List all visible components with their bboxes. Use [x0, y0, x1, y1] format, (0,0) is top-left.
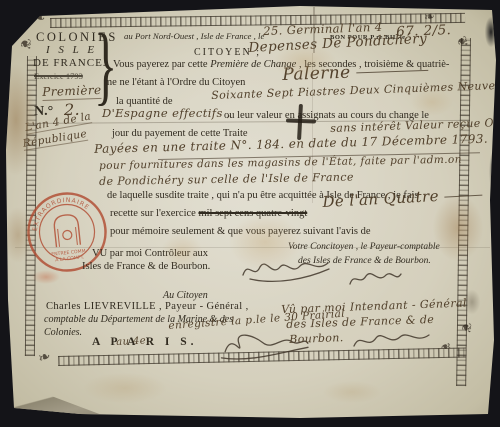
- corner-flourish-icon: ❦: [16, 37, 33, 50]
- payee-name-text: Palerne: [282, 63, 351, 85]
- body-jour: jour du payement de cette Traite: [112, 128, 248, 139]
- body-recette-struck: mil sept cens quatre-vingt: [198, 208, 307, 219]
- payeur-signature: [348, 268, 404, 290]
- body-pondichery-hand: de Pondichéry sur celle de l'Isle de Fra…: [99, 171, 354, 188]
- controller-line1: VU par moi Contrôleur aux: [92, 248, 208, 259]
- intendant-line1: Vû par moi Intendant - Général: [281, 297, 467, 316]
- flourish-dash: [357, 70, 429, 74]
- corner-flourish-icon: ❦: [457, 321, 474, 334]
- body-fournitures-hand: pour fournitures dans les magasins de l'…: [99, 154, 462, 172]
- intendant-signature: [352, 328, 432, 354]
- body-ordre: me ne l'étant à l'Ordre du Citoyen: [104, 77, 245, 88]
- header-isle: I S L E: [46, 44, 97, 56]
- payeur-line1: Votre Concitoyen , le Payeur-comptable: [288, 242, 440, 252]
- body-recette-seg: recette sur l'exercice: [110, 208, 198, 219]
- au-citoyen: Au Citoyen: [163, 290, 208, 301]
- stamp-arc-text: EXTRAORDINAIRE: [29, 194, 93, 232]
- payeur-line2: des Isles de France & de Bourbon.: [298, 256, 431, 266]
- header-exercice-struck: Exercice 1793: [34, 71, 83, 81]
- body-memoire: pour mémoire seulement & que vous payere…: [110, 226, 371, 237]
- registration-line2: au 4e.: [116, 335, 150, 348]
- ink-blot-cross: [286, 118, 316, 123]
- body-payerez-seg1: Vous payerez par cette: [113, 59, 210, 70]
- flourish-dash: [444, 194, 482, 197]
- body-recette: recette sur l'exercice mil sept cens qua…: [110, 208, 307, 219]
- controller-line2: Isles de France & de Bourbon.: [82, 261, 210, 272]
- address-line1: Charles LIEVREVILLE , Payeur - Général ,: [46, 301, 249, 312]
- header-premiere: Première: [42, 83, 102, 101]
- document-scan: ❧ ❦ ❧ ❦ ❧ ❧ ❦ COLONIES I S L E DE FRANCE…: [0, 0, 500, 427]
- intendant-line3: Bourbon.: [289, 331, 344, 346]
- body-espagne-hand: D'Espagne effectifs ,: [102, 106, 231, 120]
- dateline-printed: au Port Nord-Ouest , Isle de France , le: [124, 31, 264, 41]
- corner-flourish-icon: ❧: [31, 7, 48, 28]
- svg-text:EXTRAORDINAIRE: EXTRAORDINAIRE: [29, 194, 93, 232]
- address-line3: Colonies.: [44, 327, 82, 338]
- corner-flourish-icon: ❧: [35, 346, 53, 367]
- folded-corner: [14, 382, 110, 418]
